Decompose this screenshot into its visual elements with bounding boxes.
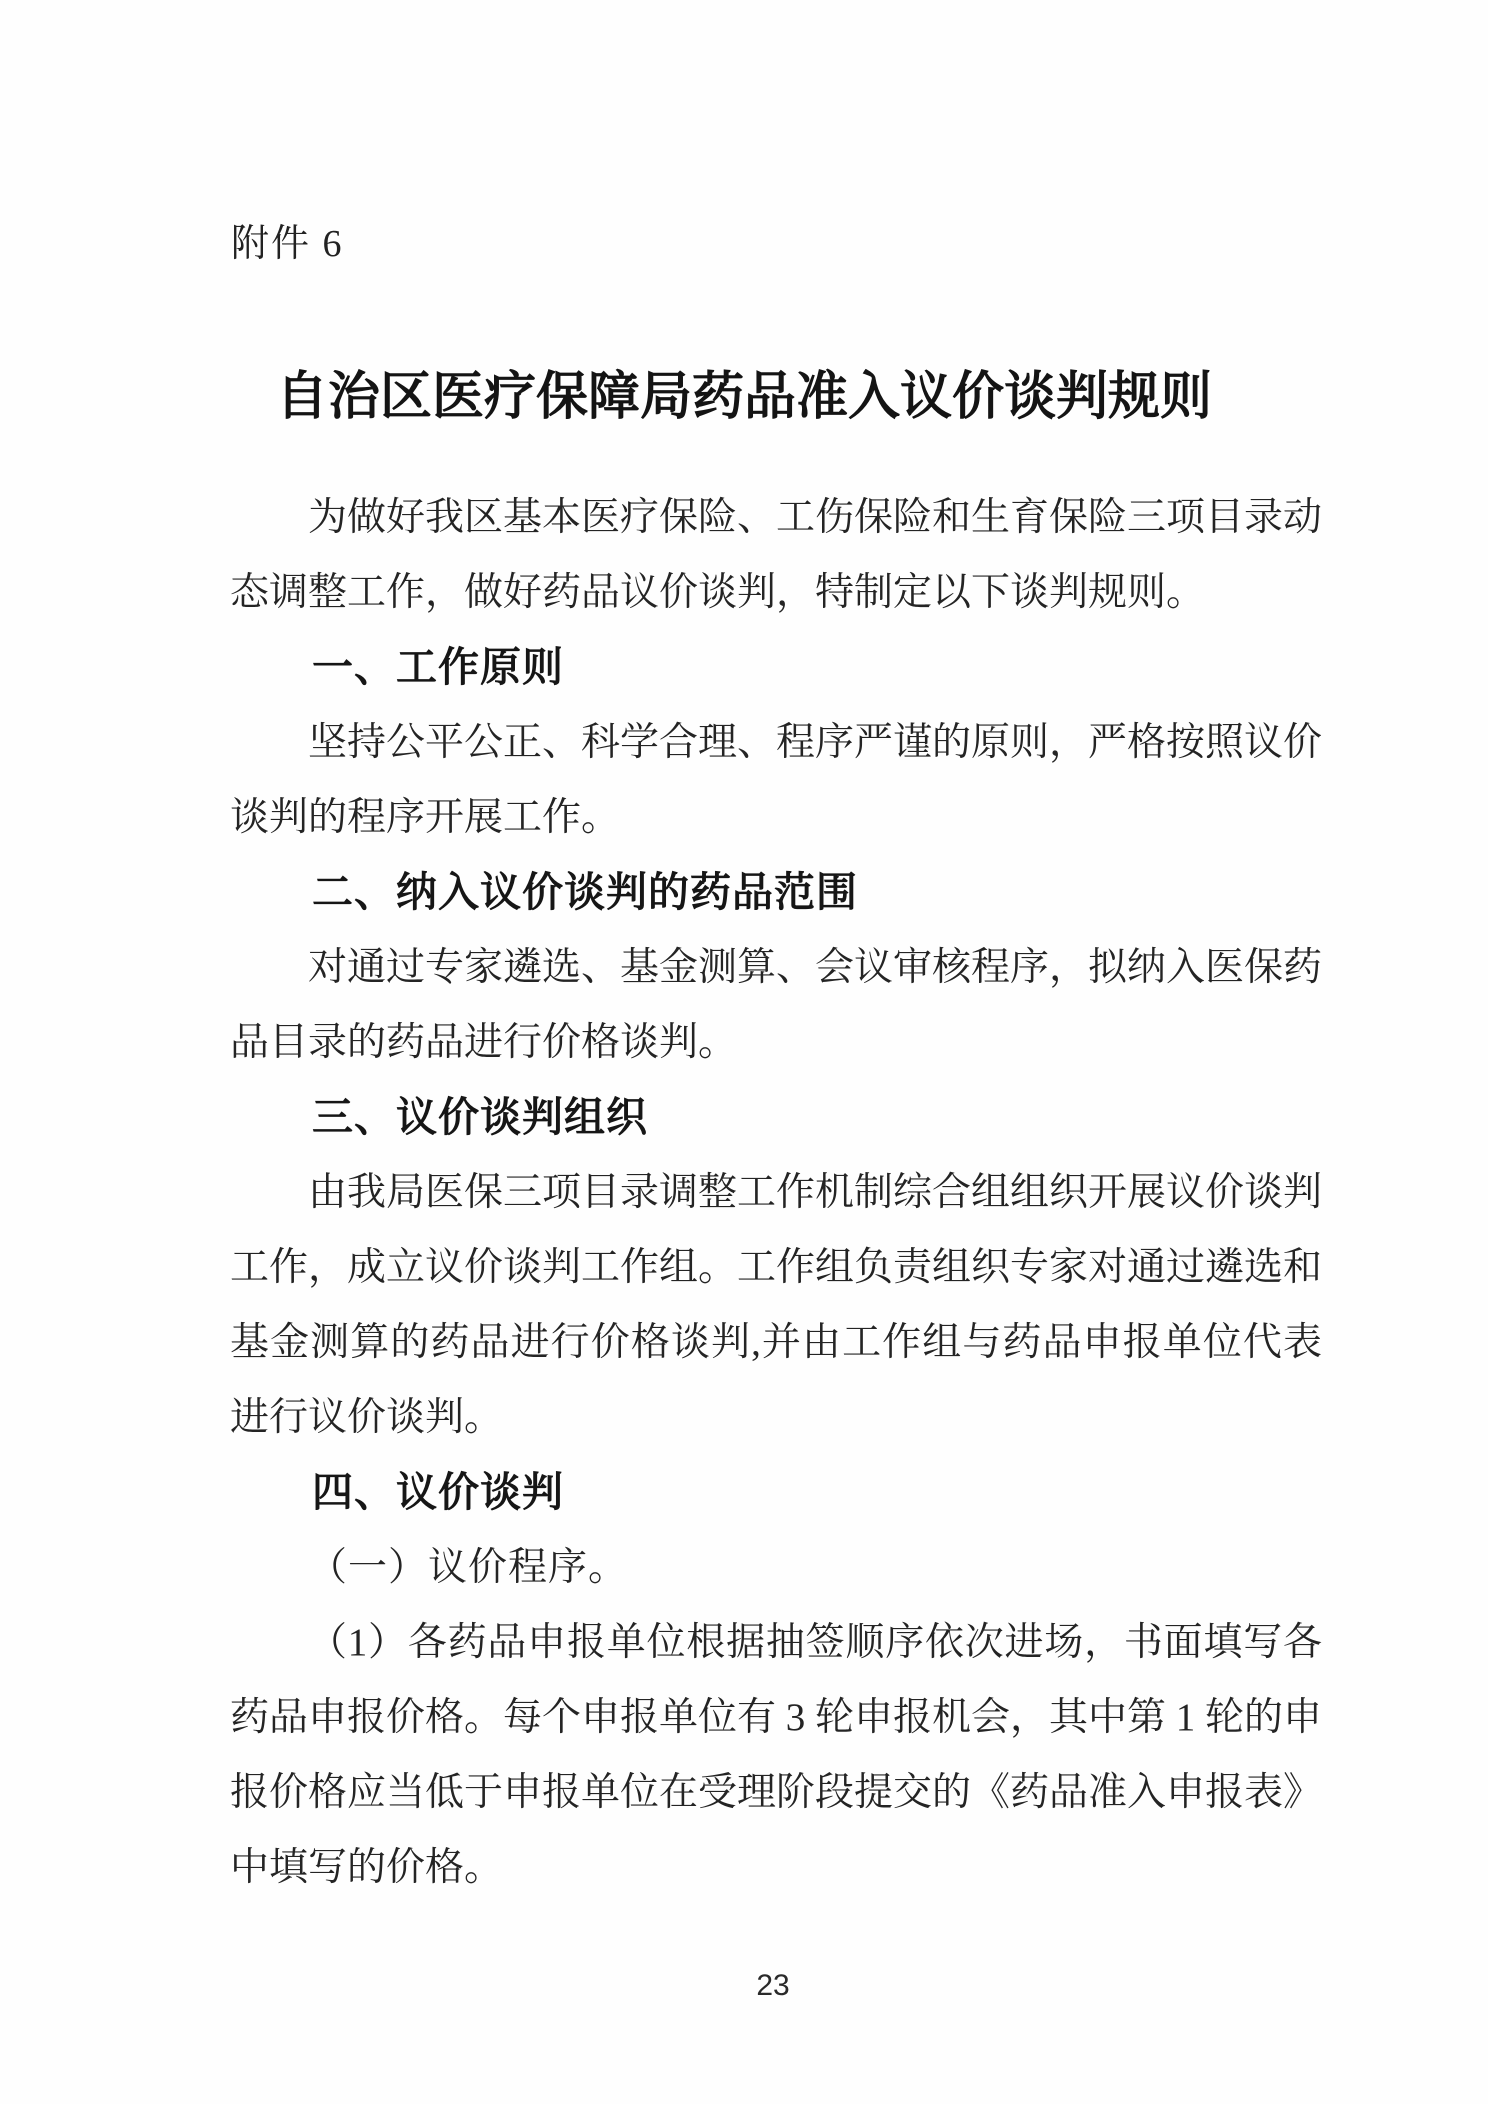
subheading: （一）议价程序。 — [230, 1530, 1322, 1605]
heading: 一、工作原则 — [230, 630, 1322, 705]
page-number: 23 — [0, 1968, 1488, 2004]
paragraph: 由我局医保三项目录调整工作机制综合组组织开展议价谈判工作，成立议价谈判工作组。工… — [230, 1155, 1322, 1455]
heading: 二、纳入议价谈判的药品范围 — [230, 855, 1322, 930]
paragraph: 对通过专家遴选、基金测算、会议审核程序，拟纳入医保药品目录的药品进行价格谈判。 — [230, 930, 1322, 1080]
paragraph: 坚持公平公正、科学合理、程序严谨的原则，严格按照议价谈判的程序开展工作。 — [230, 705, 1322, 855]
heading: 四、议价谈判 — [230, 1455, 1322, 1530]
document-page: 附件 6 自治区医疗保障局药品准入议价谈判规则 为做好我区基本医疗保险、工伤保险… — [0, 0, 1488, 2104]
document-title: 自治区医疗保障局药品准入议价谈判规则 — [0, 367, 1488, 429]
document-body: 为做好我区基本医疗保险、工伤保险和生育保险三项目录动态调整工作，做好药品议价谈判… — [230, 480, 1322, 1905]
paragraph: 为做好我区基本医疗保险、工伤保险和生育保险三项目录动态调整工作，做好药品议价谈判… — [230, 480, 1322, 630]
attachment-label: 附件 6 — [231, 222, 344, 266]
heading: 三、议价谈判组织 — [230, 1080, 1322, 1155]
paragraph: （1）各药品申报单位根据抽签顺序依次进场，书面填写各药品申报价格。每个申报单位有… — [230, 1605, 1322, 1905]
